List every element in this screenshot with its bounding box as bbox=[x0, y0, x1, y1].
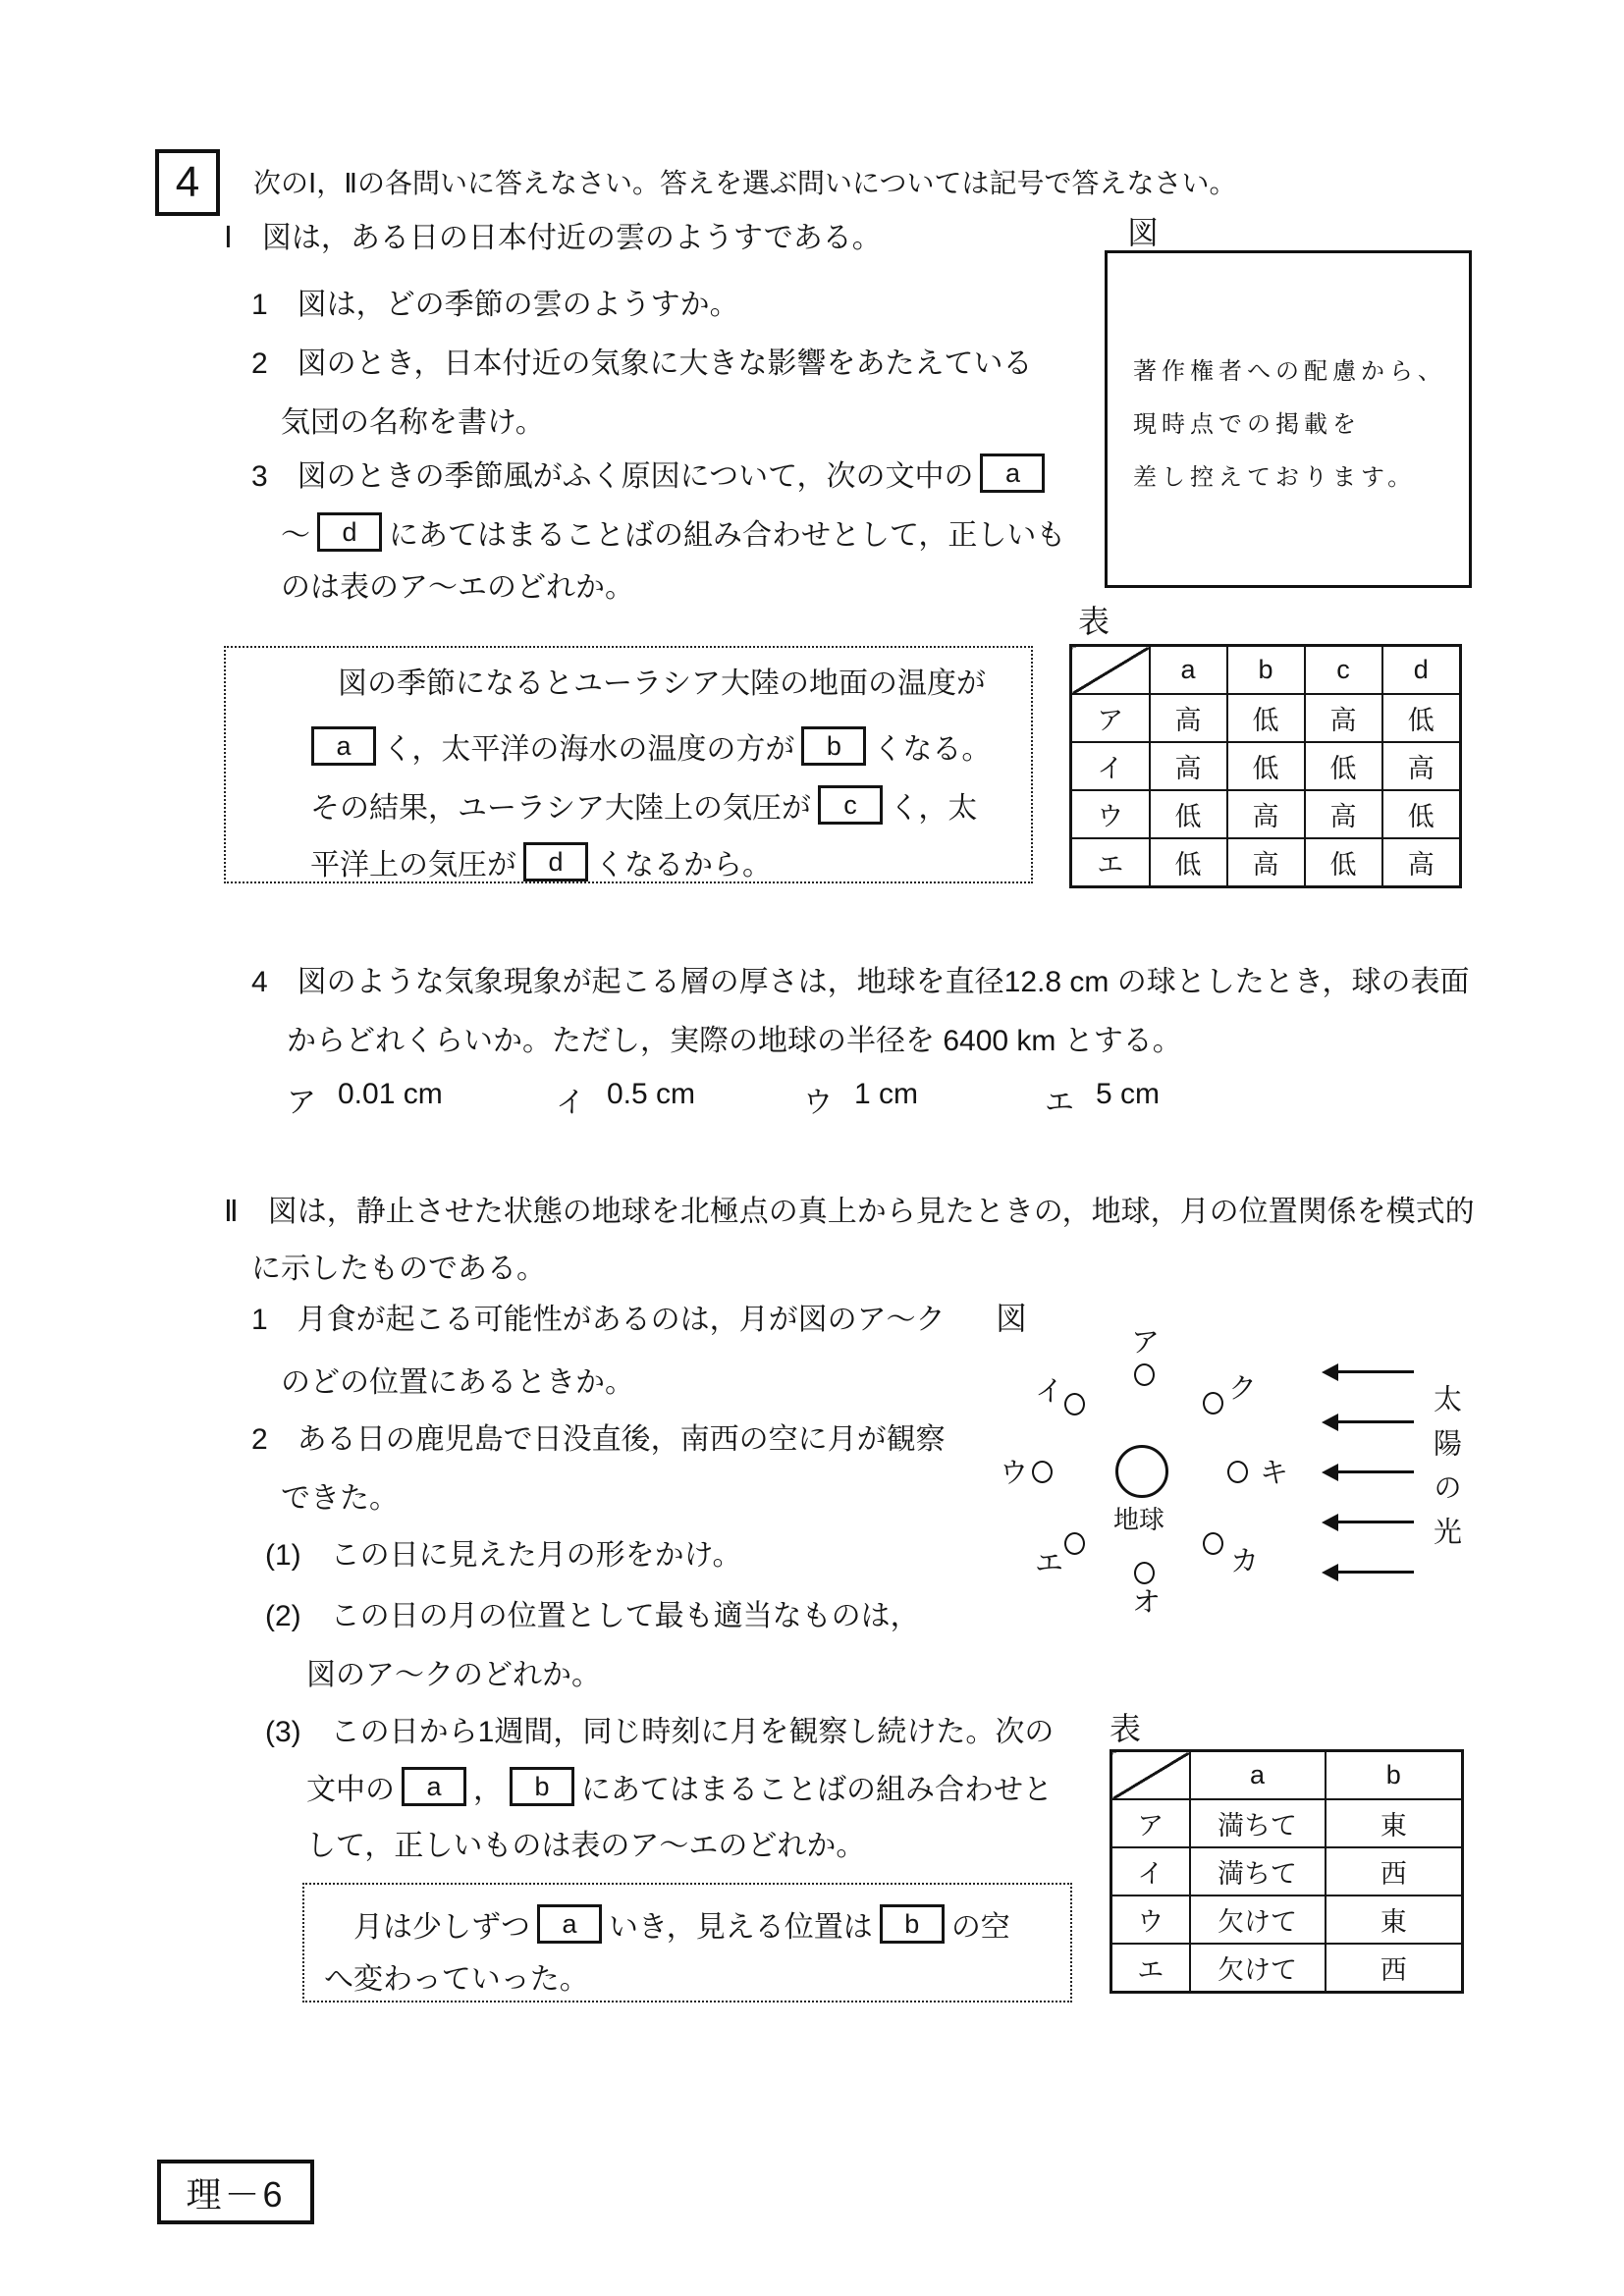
moon-label-ki: キ bbox=[1260, 1458, 1288, 1489]
blank-b-label: b bbox=[904, 1909, 919, 1940]
s1-col-d: d bbox=[1382, 646, 1461, 695]
choice-a: ア 0.01 cm bbox=[287, 1078, 443, 1121]
diagonal-corner-cell bbox=[1071, 646, 1150, 695]
s2-passage-line1-text3: の空 bbox=[951, 1902, 1010, 1946]
s1-question3-line1-text: 3 図のときの季節風がふく原因について，次の文中の bbox=[251, 452, 973, 495]
s1-passage-line3-text1: その結果，ユーラシア大陸上の気圧が bbox=[310, 783, 811, 827]
s1-col-b: b bbox=[1227, 646, 1305, 695]
blank-a-label: a bbox=[426, 1772, 441, 1802]
moon-position-u-circle bbox=[1032, 1461, 1053, 1483]
s2-item3-line2: 文中の a ， b にあてはまることばの組み合わせと bbox=[306, 1763, 1053, 1810]
instructions: 次のⅠ，Ⅱの各問いに答えなさい。答えを選ぶ問いについては記号で答えなさい。 bbox=[253, 165, 1236, 202]
problem-number-box: 4 bbox=[155, 149, 220, 216]
sun-light-arrow bbox=[1337, 1420, 1414, 1423]
blank-box-d: d bbox=[317, 512, 382, 552]
s1-question3-line3: のは表のア～エのどれか。 bbox=[281, 569, 634, 607]
earth-label: 地球 bbox=[1113, 1500, 1164, 1536]
moon-position-o-circle bbox=[1134, 1562, 1155, 1584]
moon-position-ki-circle bbox=[1227, 1461, 1248, 1483]
s1-question3-tilde: ～ bbox=[281, 510, 310, 554]
copyright-notice-line3: 差し控えております。 bbox=[1133, 457, 1416, 492]
blank-box-b: b bbox=[801, 726, 866, 766]
choice-value: 0.01 cm bbox=[338, 1078, 443, 1121]
blank-d-label: d bbox=[548, 847, 563, 878]
blank-b-label: b bbox=[827, 731, 841, 762]
moon-position-ku-circle bbox=[1203, 1392, 1223, 1415]
moon-label-o: オ bbox=[1132, 1587, 1161, 1619]
blank-a-label: a bbox=[562, 1909, 576, 1940]
moon-label-e: エ bbox=[1035, 1548, 1063, 1579]
section2-heading-line1: Ⅱ 図は，静止させた状態の地球を北極点の真上から見たときの，地球，月の位置関係を… bbox=[224, 1194, 1475, 1231]
s2-table: a b ア満ちて東 イ満ちて西 ウ欠けて東 エ欠けて西 bbox=[1110, 1749, 1464, 1994]
s2-item3-line2-comma: ， bbox=[473, 1765, 503, 1808]
moon-label-ka: カ bbox=[1230, 1546, 1259, 1577]
table-row: ア高低高低 bbox=[1071, 694, 1461, 742]
s2-item2-line1: (2) この日の月の位置として最も適当なものは， bbox=[265, 1598, 920, 1635]
table-row: イ高低低高 bbox=[1071, 742, 1461, 790]
s1-question1: 1 図は，どの季節の雲のようすか。 bbox=[251, 287, 739, 324]
s2-table-header-row: a b bbox=[1111, 1751, 1463, 1800]
moon-position-ka-circle bbox=[1203, 1532, 1223, 1555]
s1-question3-line2: ～ d にあてはまることばの組み合わせとして，正しいも bbox=[281, 508, 1065, 556]
s1-passage-line2: a く，太平洋の海水の温度の方が b くなる。 bbox=[304, 722, 991, 770]
moon-label-u: ウ bbox=[1000, 1458, 1028, 1489]
s2-question1-line2: のどの位置にあるときか。 bbox=[281, 1364, 634, 1402]
moon-position-e-circle bbox=[1064, 1532, 1085, 1555]
earth-circle bbox=[1115, 1445, 1168, 1498]
s2-passage-line1-text2: いき，見える位置は bbox=[609, 1902, 873, 1946]
s2-passage-line1-text1: 月は少しずつ bbox=[353, 1902, 530, 1946]
sun-light-arrow bbox=[1337, 1521, 1414, 1523]
s2-question1-line1: 1 月食が起こる可能性があるのは，月が図のア～ク bbox=[251, 1302, 946, 1339]
problem-number: 4 bbox=[176, 158, 199, 207]
blank-box-b: b bbox=[510, 1767, 574, 1806]
blank-box-a: a bbox=[402, 1767, 466, 1806]
blank-d-label: d bbox=[342, 517, 356, 548]
s2-question2-line1: 2 ある日の鹿児島で日没直後，南西の空に月が観察 bbox=[251, 1421, 946, 1459]
copyright-notice-line2: 現時点での掲載を bbox=[1133, 404, 1361, 439]
s2-col-a: a bbox=[1190, 1751, 1326, 1800]
blank-box-b: b bbox=[880, 1904, 945, 1944]
s2-item3-line1: (3) この日から1週間，同じ時刻に月を観察し続けた。次の bbox=[265, 1714, 1054, 1751]
s1-passage-line3: その結果，ユーラシア大陸上の気圧が c く，太 bbox=[310, 781, 977, 828]
blank-a-label: a bbox=[336, 731, 351, 762]
s1-passage-line3-text2: く，太 bbox=[890, 783, 977, 827]
s2-item3-line2-text1: 文中の bbox=[306, 1765, 395, 1808]
s2-col-b: b bbox=[1326, 1751, 1463, 1800]
s1-figure-label: 図 bbox=[1127, 208, 1159, 253]
choice-key: ウ bbox=[803, 1078, 833, 1121]
blank-b-label: b bbox=[534, 1772, 549, 1802]
choice-value: 0.5 cm bbox=[607, 1078, 695, 1121]
s2-item3-line3: して，正しいものは表のア～エのどれか。 bbox=[306, 1828, 865, 1865]
moon-label-a: ア bbox=[1131, 1327, 1160, 1359]
table-row: エ低高低高 bbox=[1071, 838, 1461, 887]
s2-table-label: 表 bbox=[1110, 1704, 1141, 1749]
s2-passage-line1: 月は少しずつ a いき，見える位置は b の空 bbox=[353, 1900, 1010, 1948]
s1-table-header-row: a b c d bbox=[1071, 646, 1461, 695]
diagonal-corner-cell bbox=[1111, 1751, 1190, 1800]
s1-col-a: a bbox=[1150, 646, 1227, 695]
s2-item3-line2-text2: にあてはまることばの組み合わせと bbox=[581, 1765, 1053, 1808]
s1-col-c: c bbox=[1305, 646, 1382, 695]
moon-position-a-circle bbox=[1134, 1363, 1155, 1386]
s1-question2-line2: 気団の名称を書け。 bbox=[281, 404, 545, 442]
s1-question3-line1: 3 図のときの季節風がふく原因について，次の文中の a bbox=[251, 450, 1052, 497]
s1-passage-line4-text1: 平洋上の気圧が bbox=[310, 840, 516, 883]
s1-question2-line1: 2 図のとき，日本付近の気象に大きな影響をあたえている bbox=[251, 346, 1032, 383]
blank-box-a: a bbox=[311, 726, 376, 766]
s2-figure-label: 図 bbox=[996, 1294, 1027, 1339]
sun-light-arrow bbox=[1337, 1470, 1414, 1473]
choice-key: エ bbox=[1045, 1078, 1074, 1121]
s1-passage-line2-text2: くなる。 bbox=[873, 724, 991, 768]
s1-question3-line2-text: にあてはまることばの組み合わせとして，正しいも bbox=[389, 510, 1065, 554]
blank-a-label: a bbox=[1005, 458, 1020, 489]
s1-table: a b c d ア高低高低 イ高低低高 ウ低高高低 エ低高低高 bbox=[1069, 644, 1462, 888]
s1-question4-line2: からどれくらいか。ただし，実際の地球の半径を 6400 km とする。 bbox=[287, 1023, 1182, 1060]
blank-box-c: c bbox=[818, 785, 883, 825]
s1-passage-line4: 平洋上の気圧が d くなるから。 bbox=[310, 838, 772, 885]
exam-page: 4 次のⅠ，Ⅱの各問いに答えなさい。答えを選ぶ問いについては記号で答えなさい。 … bbox=[0, 0, 1624, 2296]
choice-value: 1 cm bbox=[854, 1078, 918, 1121]
s1-passage-line4-text2: くなるから。 bbox=[595, 840, 772, 883]
blank-c-label: c bbox=[843, 790, 857, 821]
blank-box-d: d bbox=[523, 842, 588, 881]
choice-value: 5 cm bbox=[1096, 1078, 1160, 1121]
s2-passage-line2: へ変わっていった。 bbox=[324, 1961, 589, 1999]
s2-item1: (1) この日に見えた月の形をかけ。 bbox=[265, 1537, 741, 1575]
blank-box-a: a bbox=[980, 454, 1045, 493]
blank-box-a: a bbox=[537, 1904, 602, 1944]
moon-position-i-circle bbox=[1064, 1393, 1085, 1415]
table-row: ア満ちて東 bbox=[1111, 1799, 1463, 1847]
section1-heading: Ⅰ 図は，ある日の日本付近の雲のようすである。 bbox=[224, 220, 882, 257]
sun-light-label: 太陽の光 bbox=[1426, 1384, 1466, 1561]
s2-item2-line2: 図のア～クのどれか。 bbox=[306, 1657, 601, 1694]
page-footer-label: 理－6 bbox=[186, 2167, 285, 2217]
copyright-notice-line1: 著作権者への配慮から、 bbox=[1133, 351, 1446, 386]
choice-key: イ bbox=[556, 1078, 585, 1121]
s1-passage-line2-text1: く，太平洋の海水の温度の方が bbox=[383, 724, 794, 768]
choice-e: エ 5 cm bbox=[1045, 1078, 1160, 1121]
choice-key: ア bbox=[287, 1078, 316, 1121]
choice-i: イ 0.5 cm bbox=[556, 1078, 695, 1121]
s1-question4-line1: 4 図のような気象現象が起こる層の厚さは，地球を直径12.8 cm の球としたと… bbox=[251, 964, 1470, 1001]
section2-heading-line2: に示したものである。 bbox=[251, 1251, 546, 1288]
table-row: イ満ちて西 bbox=[1111, 1847, 1463, 1896]
sun-light-arrow bbox=[1337, 1370, 1414, 1373]
table-row: エ欠けて西 bbox=[1111, 1944, 1463, 1993]
moon-label-ku: ク bbox=[1228, 1373, 1257, 1405]
sun-light-arrow bbox=[1337, 1571, 1414, 1574]
table-row: ウ低高高低 bbox=[1071, 790, 1461, 838]
s1-table-label: 表 bbox=[1078, 597, 1110, 642]
moon-label-i: イ bbox=[1035, 1376, 1063, 1408]
s2-question2-line2: できた。 bbox=[281, 1480, 399, 1518]
table-row: ウ欠けて東 bbox=[1111, 1896, 1463, 1944]
s1-passage-line1: 図の季節になるとユーラシア大陸の地面の温度が bbox=[338, 666, 986, 703]
page-footer-box: 理－6 bbox=[157, 2160, 314, 2224]
choice-u: ウ 1 cm bbox=[803, 1078, 918, 1121]
